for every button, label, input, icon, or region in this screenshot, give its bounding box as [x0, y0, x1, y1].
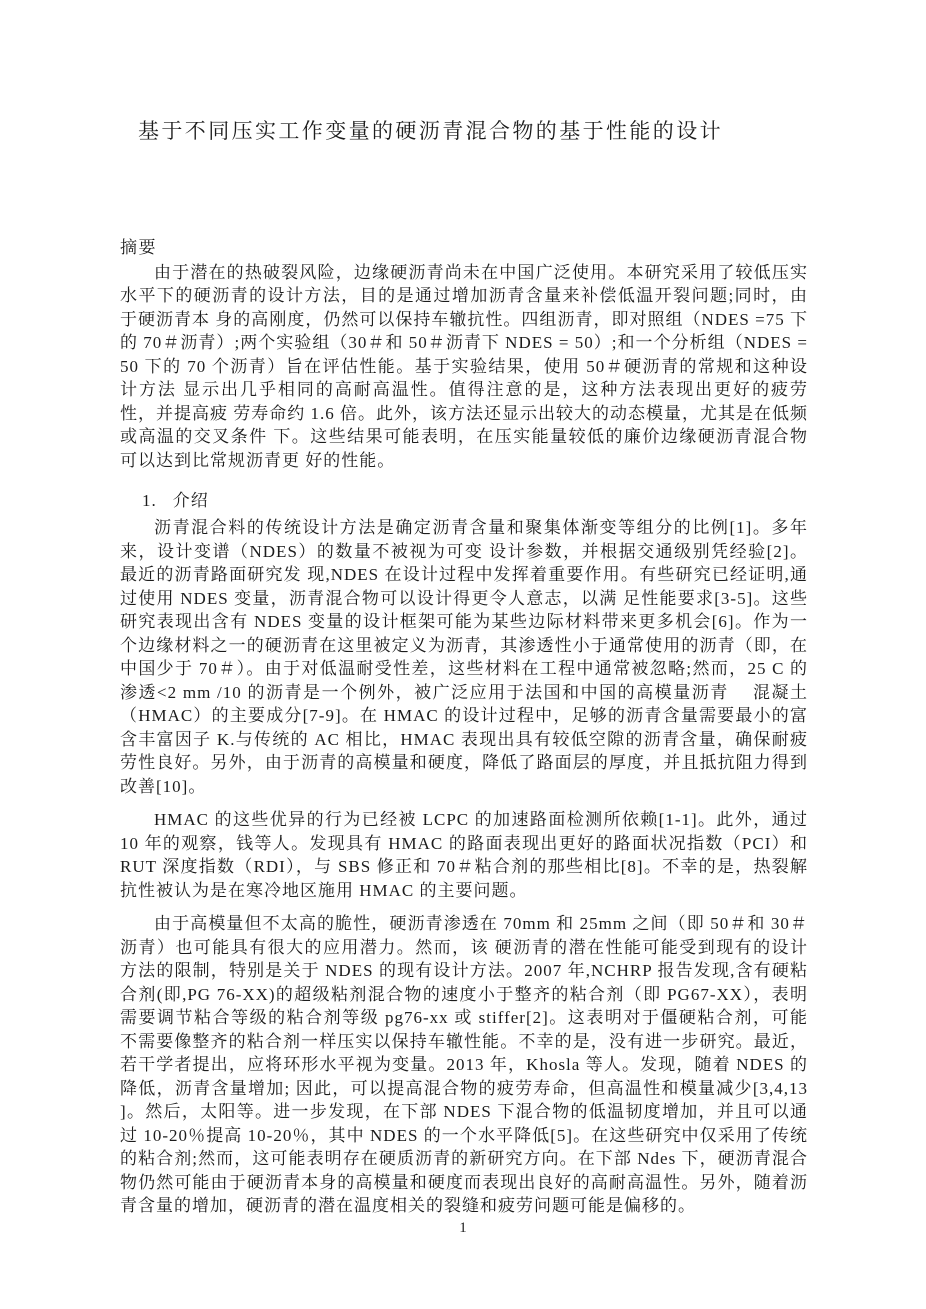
intro-paragraph-2: HMAC 的这些优异的行为已经被 LCPC 的加速路面检测所依赖[1-1]。此外…	[120, 808, 808, 902]
intro-paragraph-3: 由于高模量但不太高的脆性，硬沥青渗透在 70mm 和 25mm 之间（即 50＃…	[120, 912, 808, 1218]
section-heading-introduction: 1.介绍	[142, 488, 808, 514]
document-title: 基于不同压实工作变量的硬沥青混合物的基于性能的设计	[138, 116, 808, 146]
abstract-heading: 摘要	[120, 236, 808, 260]
section-label: 介绍	[173, 491, 209, 510]
abstract-paragraph: 由于潜在的热破裂风险，边缘硬沥青尚未在中国广泛使用。本研究采用了较低压实水平下的…	[120, 261, 808, 473]
intro-paragraph-1: 沥青混合料的传统设计方法是确定沥青含量和聚集体渐变等组分的比例[1]。多年来，设…	[120, 516, 808, 798]
section-number: 1.	[142, 488, 157, 514]
document-page: 基于不同压实工作变量的硬沥青混合物的基于性能的设计 摘要 由于潜在的热破裂风险，…	[0, 0, 926, 1309]
page-number: 1	[0, 1220, 926, 1237]
